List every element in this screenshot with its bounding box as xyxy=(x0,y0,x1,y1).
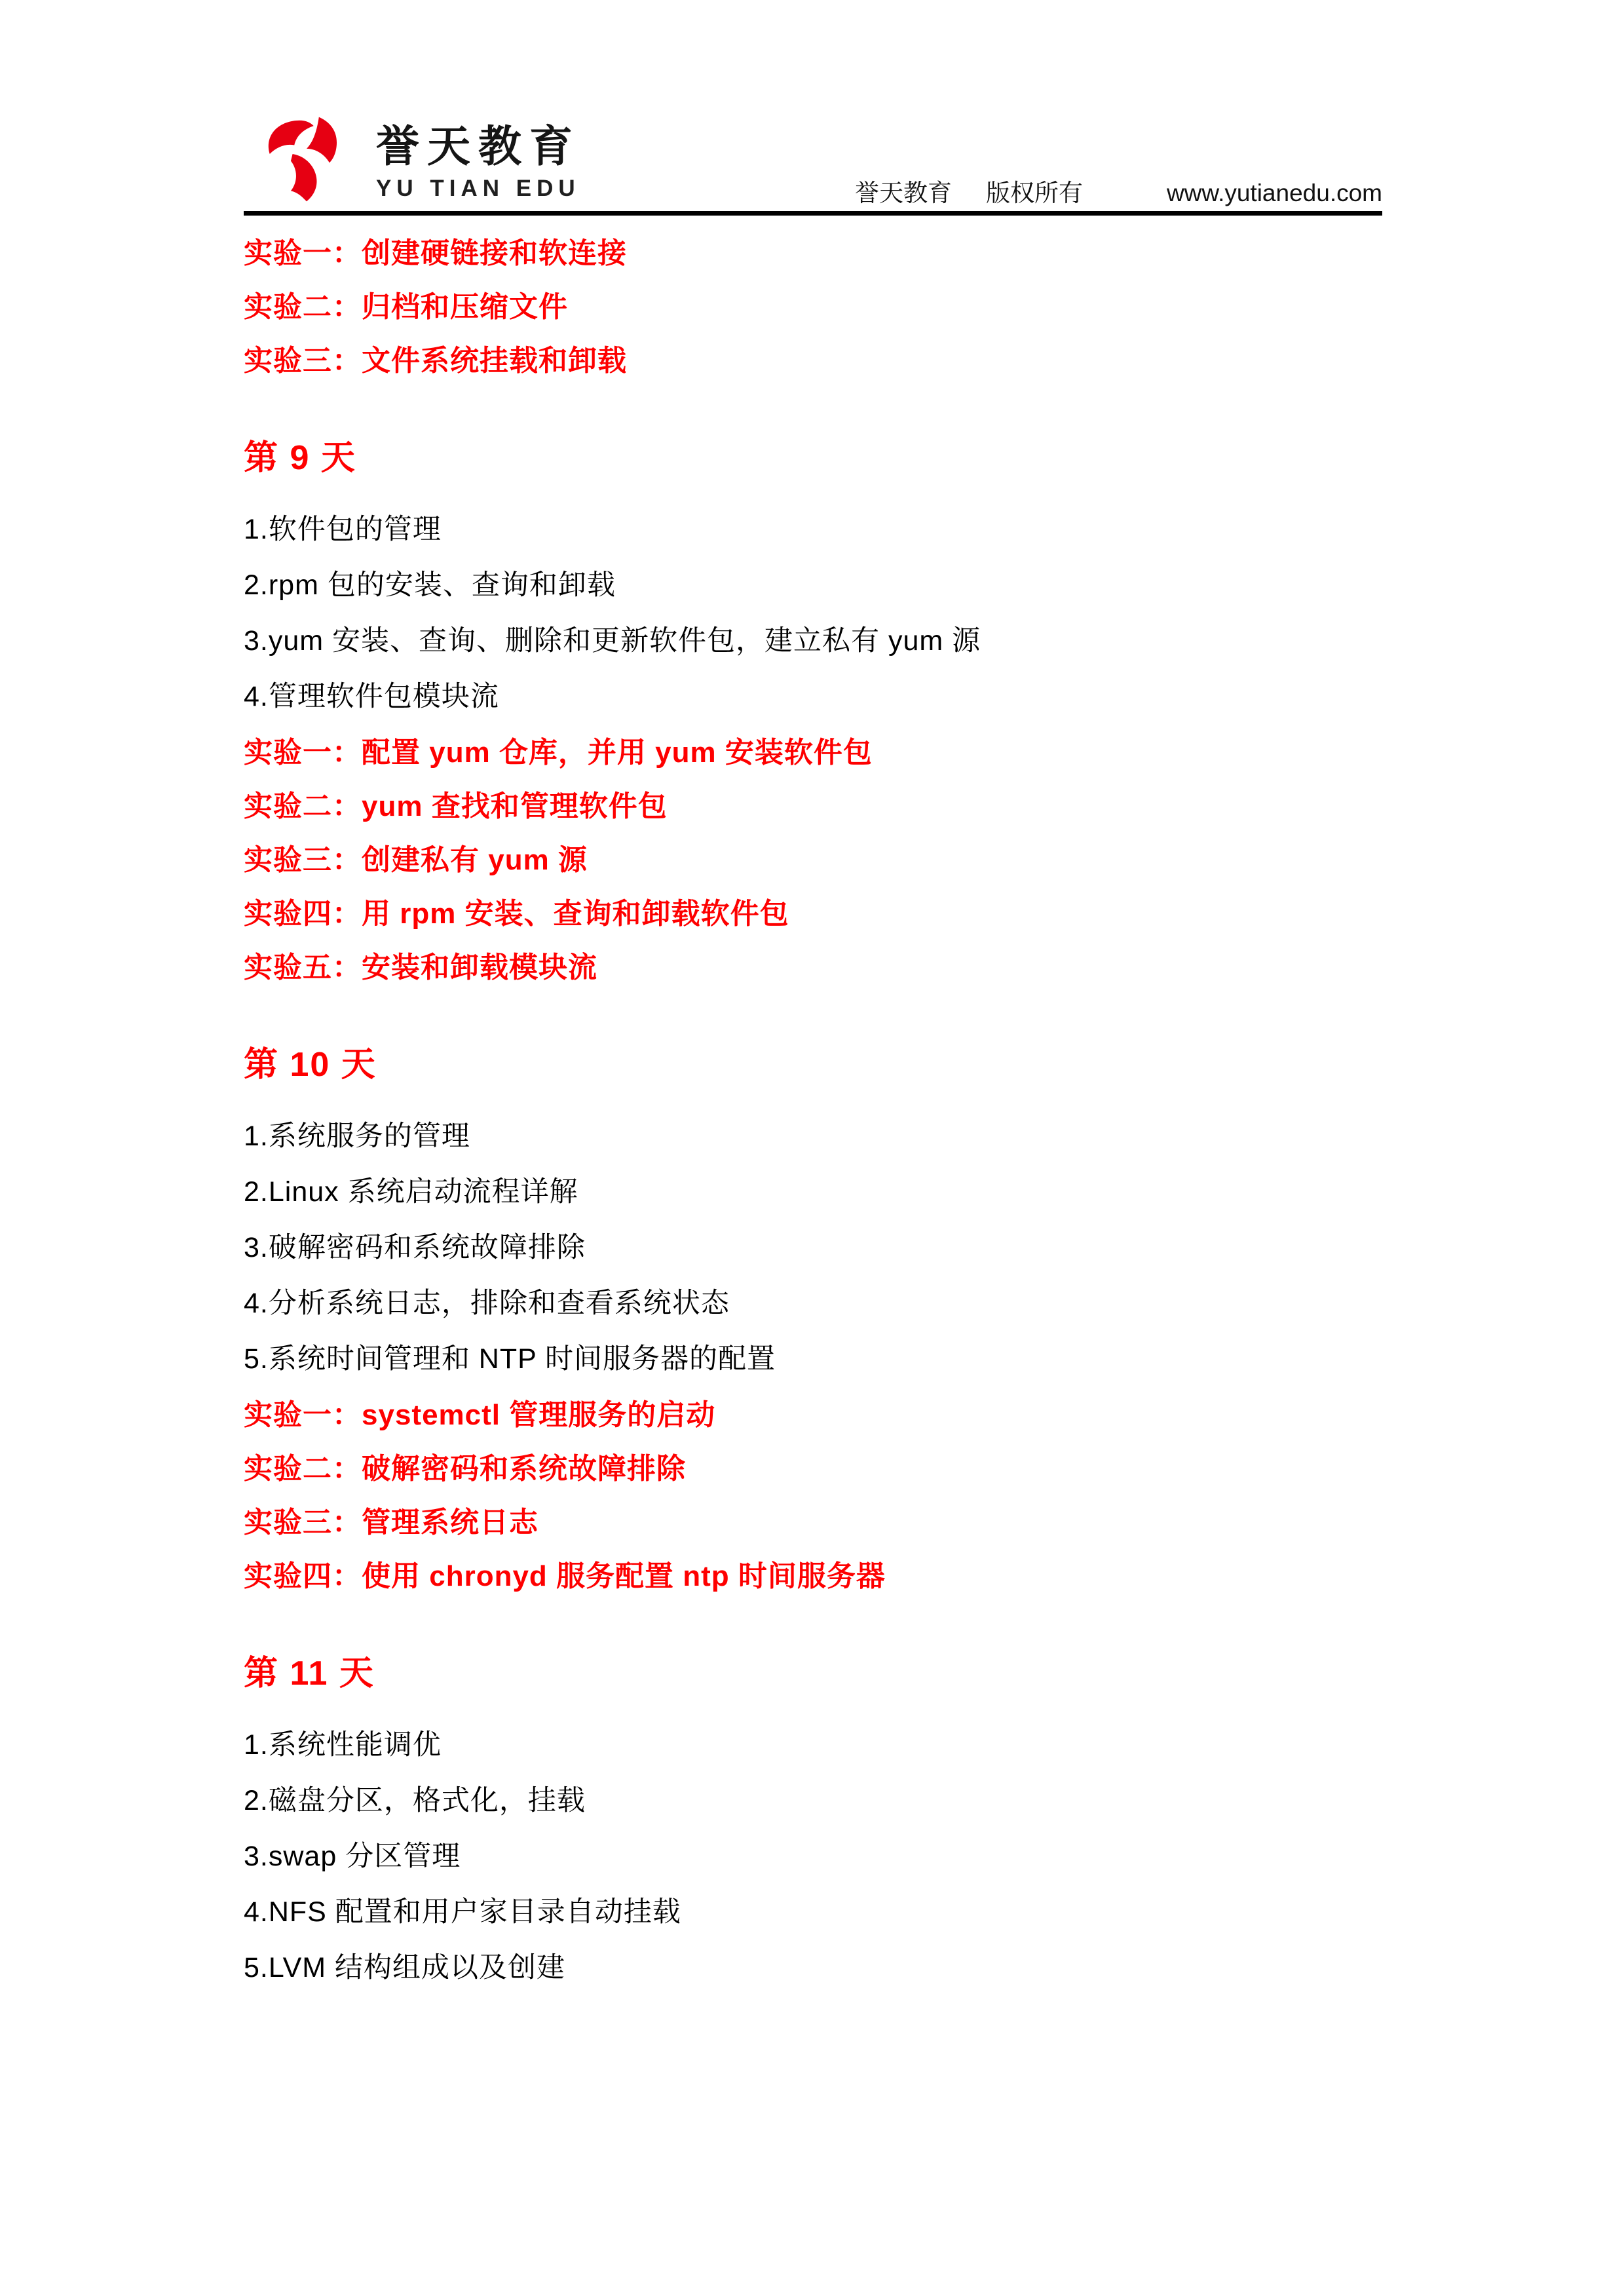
brand-text: 誉天教育 YU TIAN EDU xyxy=(376,115,580,200)
syllabus-item: 5.系统时间管理和 NTP 时间服务器的配置 xyxy=(244,1345,1382,1373)
document-body: 实验一：创建硬链接和软连接 实验二：归档和压缩文件 实验三：文件系统挂载和卸载 … xyxy=(244,216,1382,1982)
section-title-day11: 第 11 天 xyxy=(244,1656,1382,1691)
experiment-line: 实验三：创建私有 yum 源 xyxy=(244,846,1382,875)
brand-name-en: YU TIAN EDU xyxy=(376,177,580,200)
syllabus-item: 4.分析系统日志，排除和查看系统状态 xyxy=(244,1290,1382,1318)
syllabus-item: 3.破解密码和系统故障排除 xyxy=(244,1234,1382,1262)
syllabus-item: 1.软件包的管理 xyxy=(244,516,1382,544)
syllabus-item: 3.swap 分区管理 xyxy=(244,1843,1382,1871)
experiment-line: 实验四：使用 chronyd 服务配置 ntp 时间服务器 xyxy=(244,1562,1382,1591)
experiment-line: 实验一：创建硬链接和软连接 xyxy=(244,239,1382,268)
experiment-line: 实验二：归档和压缩文件 xyxy=(244,293,1382,322)
document-page: 誉天教育 YU TIAN EDU 誉天教育 版权所有 www.yutianedu… xyxy=(0,0,1624,2296)
experiment-line: 实验一：systemctl 管理服务的启动 xyxy=(244,1401,1382,1430)
header-company: 誉天教育 xyxy=(855,181,952,205)
header-divider xyxy=(244,211,1382,216)
syllabus-item: 2.磁盘分区，格式化，挂载 xyxy=(244,1787,1382,1815)
syllabus-item: 1.系统服务的管理 xyxy=(244,1122,1382,1151)
syllabus-item: 3.yum 安装、查询、删除和更新软件包，建立私有 yum 源 xyxy=(244,627,1382,655)
experiment-line: 实验五：安装和卸载模块流 xyxy=(244,953,1382,982)
syllabus-item: 2.rpm 包的安装、查询和卸载 xyxy=(244,571,1382,600)
experiment-line: 实验四：用 rpm 安装、查询和卸载软件包 xyxy=(244,900,1382,928)
experiment-line: 实验二：破解密码和系统故障排除 xyxy=(244,1455,1382,1483)
header-meta: 誉天教育 版权所有 www.yutianedu.com xyxy=(855,181,1382,205)
section-title-day9: 第 9 天 xyxy=(244,441,1382,475)
experiment-line: 实验一：配置 yum 仓库，并用 yum 安装软件包 xyxy=(244,738,1382,767)
header-copyright: 版权所有 xyxy=(986,181,1083,205)
syllabus-item: 2.Linux 系统启动流程详解 xyxy=(244,1178,1382,1206)
yutian-ribbon-logo-icon xyxy=(244,115,359,203)
experiment-line: 实验三：管理系统日志 xyxy=(244,1508,1382,1537)
page-header: 誉天教育 YU TIAN EDU 誉天教育 版权所有 www.yutianedu… xyxy=(244,0,1382,216)
syllabus-item: 4.NFS 配置和用户家目录自动挂载 xyxy=(244,1898,1382,1926)
section-title-day10: 第 10 天 xyxy=(244,1048,1382,1082)
header-website: www.yutianedu.com xyxy=(1167,181,1382,205)
syllabus-item: 5.LVM 结构组成以及创建 xyxy=(244,1954,1382,1982)
brand-name-cn: 誉天教育 xyxy=(376,124,580,168)
experiment-line: 实验三：文件系统挂载和卸载 xyxy=(244,347,1382,375)
syllabus-item: 1.系统性能调优 xyxy=(244,1731,1382,1759)
syllabus-item: 4.管理软件包模块流 xyxy=(244,683,1382,711)
experiment-line: 实验二：yum 查找和管理软件包 xyxy=(244,792,1382,821)
